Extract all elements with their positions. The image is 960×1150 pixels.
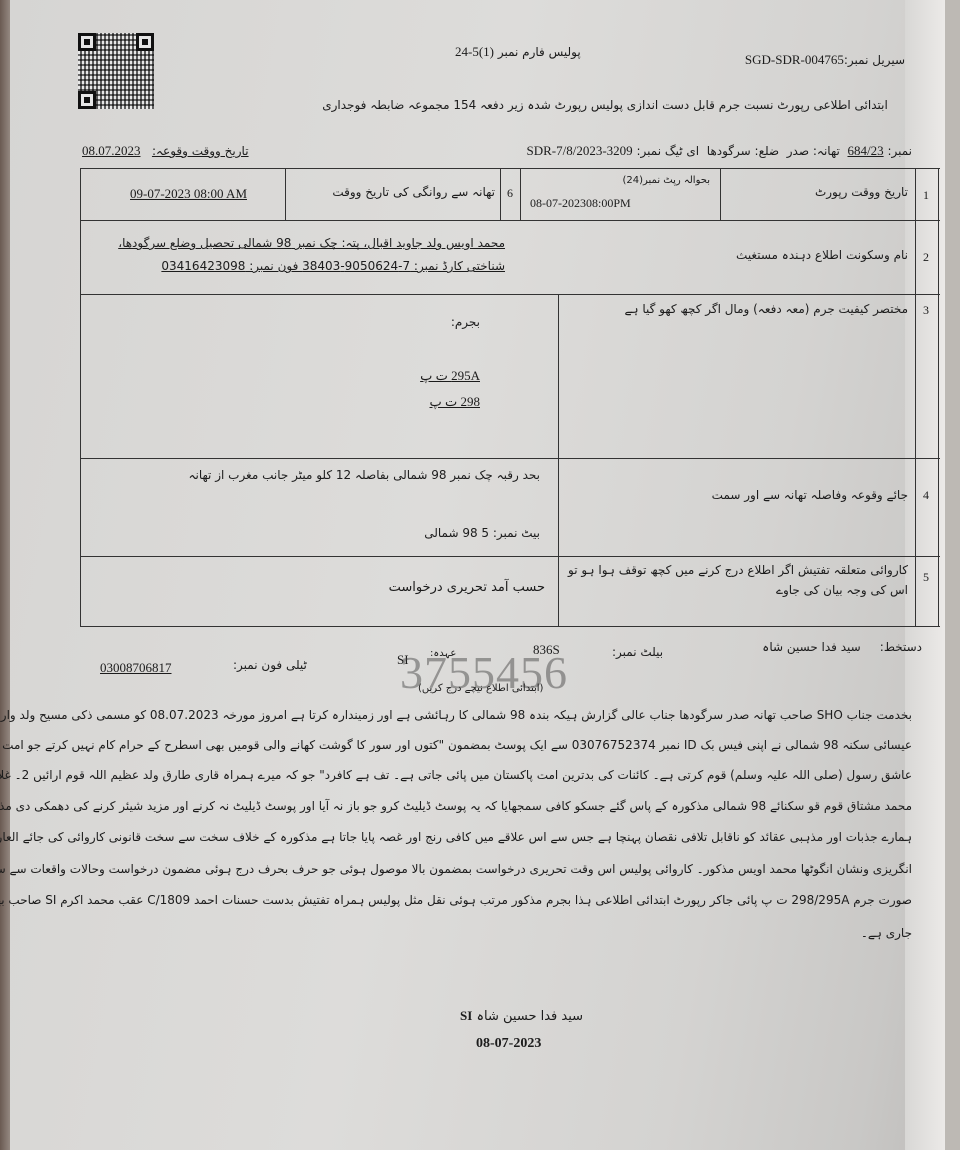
narrative-line: عیسائی سکنہ 98 شمالی نے اپنی فیس بک ID ن… xyxy=(52,738,912,752)
row-number: 5 xyxy=(923,570,929,585)
narrative-line: محمد مشتاق قوم قو سکنائے 98 شمالی مذکورہ… xyxy=(52,799,912,813)
complainant-cnic-phone: شناختی کارڈ نمبر: 7-9050624-38403 فون نم… xyxy=(161,259,505,273)
entry-note: (ابتدائی اطلاع نیچے درج کریں) xyxy=(418,683,543,694)
table-divider xyxy=(80,294,940,295)
report-ref-number: بحوالہ رپٹ نمبر(24) xyxy=(622,175,710,186)
complainant-name-address: محمد اویس ولد جاوید اقبال، پتہ: چک نمبر … xyxy=(118,236,505,250)
qr-finder-icon xyxy=(136,33,154,51)
thana-value: صدر xyxy=(787,144,809,158)
fir-meta-row: نمبر: 684/23 تھانہ: صدر ضلع: سرگودھا ای … xyxy=(527,143,912,159)
serial-number: سیریل نمبر:SGD-SDR-004765 xyxy=(745,52,905,68)
qr-code xyxy=(78,33,154,109)
table-border xyxy=(938,168,939,627)
signature-label: دستخط: xyxy=(880,640,922,654)
narrative-line: ہمارے جذبات اور مذہبی عقائد کو ناقابل تل… xyxy=(52,830,912,844)
row-label: نام وسکونت اطلاع دہندہ مستغیث xyxy=(736,248,908,262)
table-border xyxy=(80,168,81,627)
row-number: 6 xyxy=(507,186,513,201)
departure-datetime: 09-07-2023 08:00 AM xyxy=(130,186,247,202)
occurrence-label: تاریخ ووقت وقوعہ: xyxy=(152,144,249,158)
table-divider xyxy=(80,220,940,221)
narrative-line: عاشق رسول (صلی اللہ علیہ وسلم) قوم کرتی … xyxy=(52,768,912,782)
row-number: 1 xyxy=(923,188,929,203)
form-value: 24-5(1) xyxy=(455,44,494,59)
signature-row: دستخط: سید فدا حسین شاہ xyxy=(762,640,922,654)
fir-number-value: 684/23 xyxy=(847,143,883,158)
table-divider xyxy=(285,168,286,220)
document-title: ابتدائی اطلاعی رپورٹ نسبت جرم قابل دست ا… xyxy=(300,98,910,112)
fir-narrative: بخدمت جناب SHO صاحب تھانہ صدر سرگودھا جن… xyxy=(42,708,912,968)
form-label: پولیس فارم نمبر xyxy=(498,45,581,59)
table-border xyxy=(80,168,940,169)
narrative-line: صورت جرم 298/295A ت پ پائی جاکر رپورٹ اب… xyxy=(52,893,912,907)
serial-value: SGD-SDR-004765 xyxy=(745,52,844,67)
table-border xyxy=(80,626,940,627)
row-label: مختصر کیفیت جرم (معہ دفعہ) ومال اگر کچھ … xyxy=(624,302,908,316)
row-label: جائے وقوعہ وفاصلہ تھانہ سے اور سمت xyxy=(712,488,908,502)
district-label: ضلع: xyxy=(755,144,780,158)
row-label: کاروائی متعلقہ تفتیش اگر اطلاع درج کرنے … xyxy=(548,560,908,600)
signature-name: سید فدا حسین شاہ xyxy=(762,640,860,654)
etag-label: ای ٹیگ نمبر: xyxy=(637,144,700,158)
qr-finder-icon xyxy=(78,33,96,51)
row-number: 3 xyxy=(923,303,929,318)
officer-name: سید فدا حسین شاہ xyxy=(476,1009,583,1024)
officer-rank: SI xyxy=(460,1008,472,1023)
occurrence-date: تاریخ ووقت وقوعہ: 08.07.2023 xyxy=(82,143,249,159)
offence-section: 298 ت پ xyxy=(430,394,480,410)
police-form-number: پولیس فارم نمبر 24-5(1) xyxy=(455,44,581,60)
offence-section: 295A ت پ xyxy=(420,368,480,384)
belt-number-label: بیلٹ نمبر: xyxy=(612,645,663,659)
table-divider xyxy=(80,458,940,459)
beat-number: بیٹ نمبر: 5 98 شمالی xyxy=(424,526,540,540)
officer-signature: سید فدا حسین شاہ SI xyxy=(460,1008,583,1024)
offence-heading: بجرم: xyxy=(451,315,480,329)
phone-value: 03008706817 xyxy=(100,660,172,676)
table-divider xyxy=(500,168,501,220)
phone-label: ٹیلی فون نمبر: xyxy=(233,658,307,672)
district-value: سرگودھا xyxy=(707,144,751,158)
fir-details-table: 1 تاریخ ووقت رپورٹ بحوالہ رپٹ نمبر(24) 0… xyxy=(80,168,940,628)
place-of-occurrence: بحد رقبہ چک نمبر 98 شمالی بفاصلہ 12 کلو … xyxy=(188,468,540,482)
table-divider xyxy=(520,168,521,220)
row-label: تاریخ ووقت رپورٹ xyxy=(815,185,908,199)
row-label: تھانہ سے روانگی کی تاریخ ووقت xyxy=(332,185,495,199)
row-number: 4 xyxy=(923,488,929,503)
footer-date: 08-07-2023 xyxy=(476,1036,541,1052)
narrative-line: انگریزی ونشان انگوٹھا محمد اویس مذکور۔ ک… xyxy=(52,862,912,876)
narrative-line: جاری ہے۔ xyxy=(52,926,912,940)
occurrence-value: 08.07.2023 xyxy=(82,143,141,158)
table-divider xyxy=(80,556,940,557)
narrative-line: بخدمت جناب SHO صاحب تھانہ صدر سرگودھا جن… xyxy=(52,708,912,722)
fir-number-label: نمبر: xyxy=(887,144,912,158)
serial-label: سیریل نمبر: xyxy=(844,53,905,67)
table-divider xyxy=(720,168,721,220)
report-datetime: 08-07-202308:00PM xyxy=(530,196,631,211)
qr-finder-icon xyxy=(78,91,96,109)
action-taken: حسب آمد تحریری درخواست xyxy=(389,580,545,595)
etag-value: SDR-7/8/2023-3209 xyxy=(527,143,633,158)
thana-label: تھانہ: xyxy=(813,144,840,158)
table-number-column xyxy=(915,168,916,627)
row-number: 2 xyxy=(923,250,929,265)
